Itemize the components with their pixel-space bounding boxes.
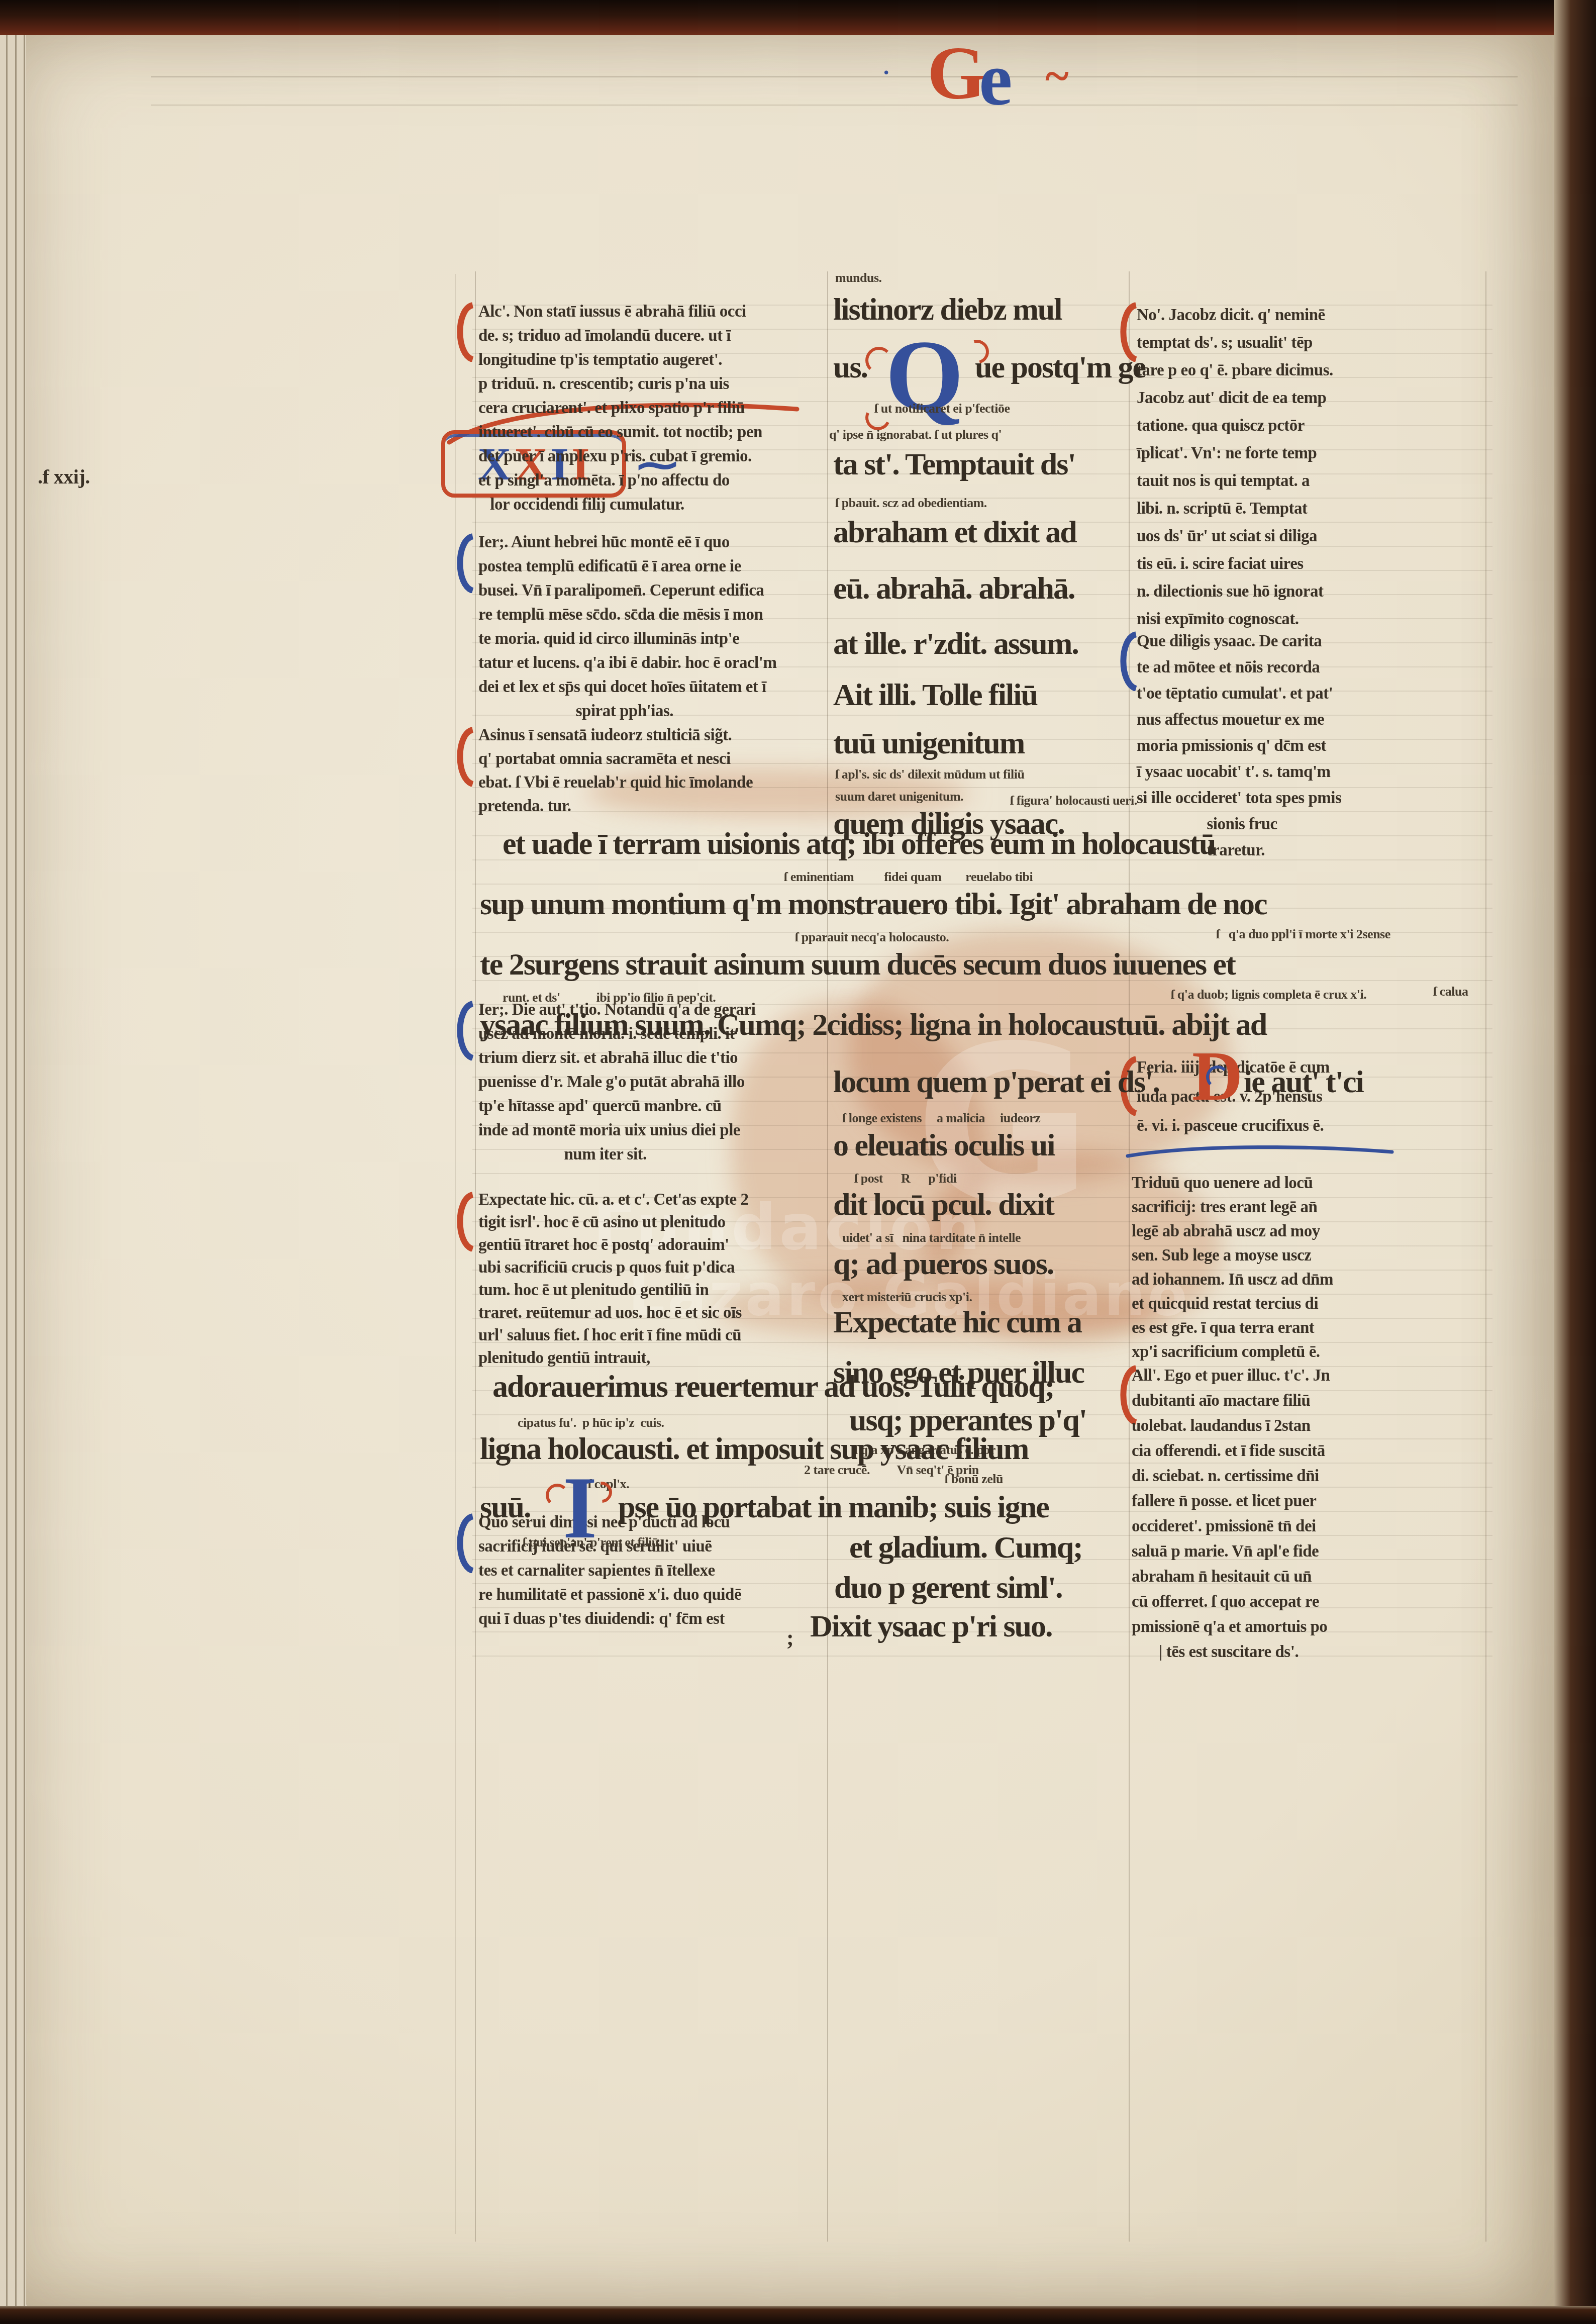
bible-line-wide: sup unum montium q'm monstrauero tibi. I… <box>480 889 1266 920</box>
gloss-left-2: Ier;. Aiunt hebrei hūc montē eē ī quo po… <box>478 530 830 723</box>
ruling-line <box>151 105 1518 106</box>
bible-line-wide: adorauerimus reuertemur ad uos. Tulit qu… <box>492 1371 1054 1402</box>
interlinear-gloss: cipatus fu'. p hūc ip'z cuis. <box>518 1416 664 1429</box>
bible-line-wide: ysaac filium suum. Cumq; 2cidiss; ligna … <box>480 1009 1266 1040</box>
blue-flourish-line <box>1126 1141 1397 1161</box>
interlinear-gloss: ſ qui sep'an' p'rem et filiū. <box>523 1536 662 1549</box>
interlinear-gloss: ſ calua <box>1433 985 1468 998</box>
bible-line: at ille. r'zdit. assum. <box>833 628 1078 659</box>
bible-line: Expectate hic cum a <box>833 1307 1081 1338</box>
interlinear-gloss: ſ bonū zelū <box>945 1473 1003 1486</box>
bible-line-wide: pse ūo portabat in manib; suis igne <box>618 1492 1049 1523</box>
ruling-line <box>1485 271 1486 2242</box>
interlinear-gloss: ſ pparauit necq'a holocausto. <box>795 931 949 944</box>
bible-line: o eleuatis oculis ui <box>833 1130 1055 1161</box>
page-edge-line <box>6 32 8 2324</box>
interlinear-gloss: ſ q'a duob; lignis completa ē crux x'i. <box>1171 988 1366 1001</box>
gloss-left-6: Quo serui dimissi nec p'ducti ad locū sa… <box>478 1510 830 1631</box>
interlinear-gloss: ſ figura' holocausti ueri. <box>1010 794 1137 807</box>
page-edge-line <box>24 32 25 2324</box>
gloss-right-4: Triduū quo uenere ad locū sacrificij: tr… <box>1132 1171 1483 1364</box>
binding-top <box>0 0 1596 35</box>
gloss-left-5: Expectate hic. cū. a. et c'. Cet'as expt… <box>478 1189 830 1370</box>
running-title-G: G <box>927 30 986 117</box>
running-title-e: e <box>979 36 1013 123</box>
interlinear-gloss: ſ apl's. sic ds' dilexit mūdum ut filiū <box>835 768 1024 781</box>
filigree-curl <box>865 347 892 374</box>
interlinear-gloss: ſ pbauit. scz ad obedientiam. <box>835 497 987 510</box>
interlinear-gloss: ſ q'a duo ppl'i ī morte x'i 2sense <box>1216 928 1390 941</box>
bible-line: tuū unigenitum <box>833 728 1024 759</box>
bible-line: abraham et dixit ad <box>833 517 1076 548</box>
page-edge-line <box>15 32 17 2324</box>
ruling-line <box>151 76 1518 77</box>
bible-line: et gladium. Cumq; <box>849 1532 1082 1563</box>
bible-line: eū. abrahā. abrahā. <box>833 573 1074 604</box>
bible-line: Ait illi. Tolle filiū <box>833 680 1037 711</box>
interlinear-gloss: ſ post R p'fidi <box>854 1172 957 1185</box>
interlinear-gloss: ſ eminentiam fidei quam reuelabo tibi <box>784 870 1033 884</box>
paraph-mark <box>451 302 478 362</box>
bible-line-wide: te 2surgens strauit asinum suum ducēs se… <box>480 949 1235 980</box>
bible-line-wide: locum quem p'perat ei ds'. <box>833 1067 1159 1098</box>
filigree-curl <box>1206 1066 1229 1089</box>
running-title-dot: · <box>882 59 890 86</box>
interlinear-gloss: q' ipse n̄ ignorabat. ſ ut plures q' <box>829 428 1002 441</box>
paraph-mark <box>451 533 478 593</box>
interlinear-gloss: xert misteriū crucis xp'i. <box>842 1291 972 1304</box>
paraph-mark <box>451 1191 478 1251</box>
running-title-flourish: ~ <box>1045 50 1069 102</box>
interlinear-gloss: ſ ut notificaret ei p'fectiōe <box>874 402 1010 415</box>
bible-line-wide: ligna holocausti. et imposuit sup ysaac … <box>480 1433 1028 1465</box>
gloss-left-1: Alc'. Non statī iussus ē abrahā filiū oc… <box>478 300 830 517</box>
bible-line: duo p gerent siml'. <box>834 1572 1062 1603</box>
bible-line-us: us. <box>833 352 867 383</box>
interlinear-gloss: suum daret unigenitum. <box>835 790 963 803</box>
interlinear-gloss: ſ longe existens a malicia iudeorz <box>842 1112 1040 1125</box>
bible-line-wide: suū. <box>480 1492 531 1523</box>
binding-bottom <box>0 2306 1596 2324</box>
page-stack-edge <box>0 32 30 2324</box>
gloss-right-1: No'. Jacobz dicit. q' neminē temptat ds'… <box>1137 302 1483 633</box>
interlinear-gloss: runt. et ds' ibi pp'io filio n̄ pep'cit. <box>503 991 716 1004</box>
folio-note: .f xxij. <box>38 465 90 489</box>
bible-line: ue postq'm ge <box>975 352 1145 383</box>
paraph-mark <box>451 1000 478 1060</box>
bible-line-wide: ie aut' t'ci <box>1244 1067 1363 1098</box>
interlinear-gloss: uidet' a sī nina tarditate n̄ intelle <box>842 1231 1021 1244</box>
paraph-mark <box>451 1513 478 1573</box>
filigree-curl <box>546 1484 569 1507</box>
manuscript-photo: G Fundación Lázaro Galdiano · G e ~ .f x… <box>0 0 1596 2324</box>
anchor-mark: ; <box>786 1626 793 1650</box>
bible-line: ta st'. Temptauit ds' <box>833 449 1075 480</box>
bible-line: q; ad pueros suos. <box>833 1248 1053 1280</box>
bible-line: Dixit ysaac p'ri suo. <box>810 1611 1052 1642</box>
bible-hanging-word: mundus. <box>835 271 882 284</box>
bible-line: usq; pperantes p'q' <box>849 1405 1086 1436</box>
bible-line: dit locū pcul. dixit <box>833 1189 1054 1220</box>
gloss-left-3: Asinus ī sensatā iudeorz stulticiā sig̃t… <box>478 724 830 818</box>
bible-line-wide: et uade ī terram uisionis atq; ibi offer… <box>503 828 1216 859</box>
gloss-right-5: All'. Ego et puer illuc. t'c'. Jn dubita… <box>1132 1363 1483 1665</box>
initial-I: I <box>563 1473 597 1543</box>
binding-right <box>1554 0 1596 2324</box>
paraph-mark <box>451 726 478 787</box>
